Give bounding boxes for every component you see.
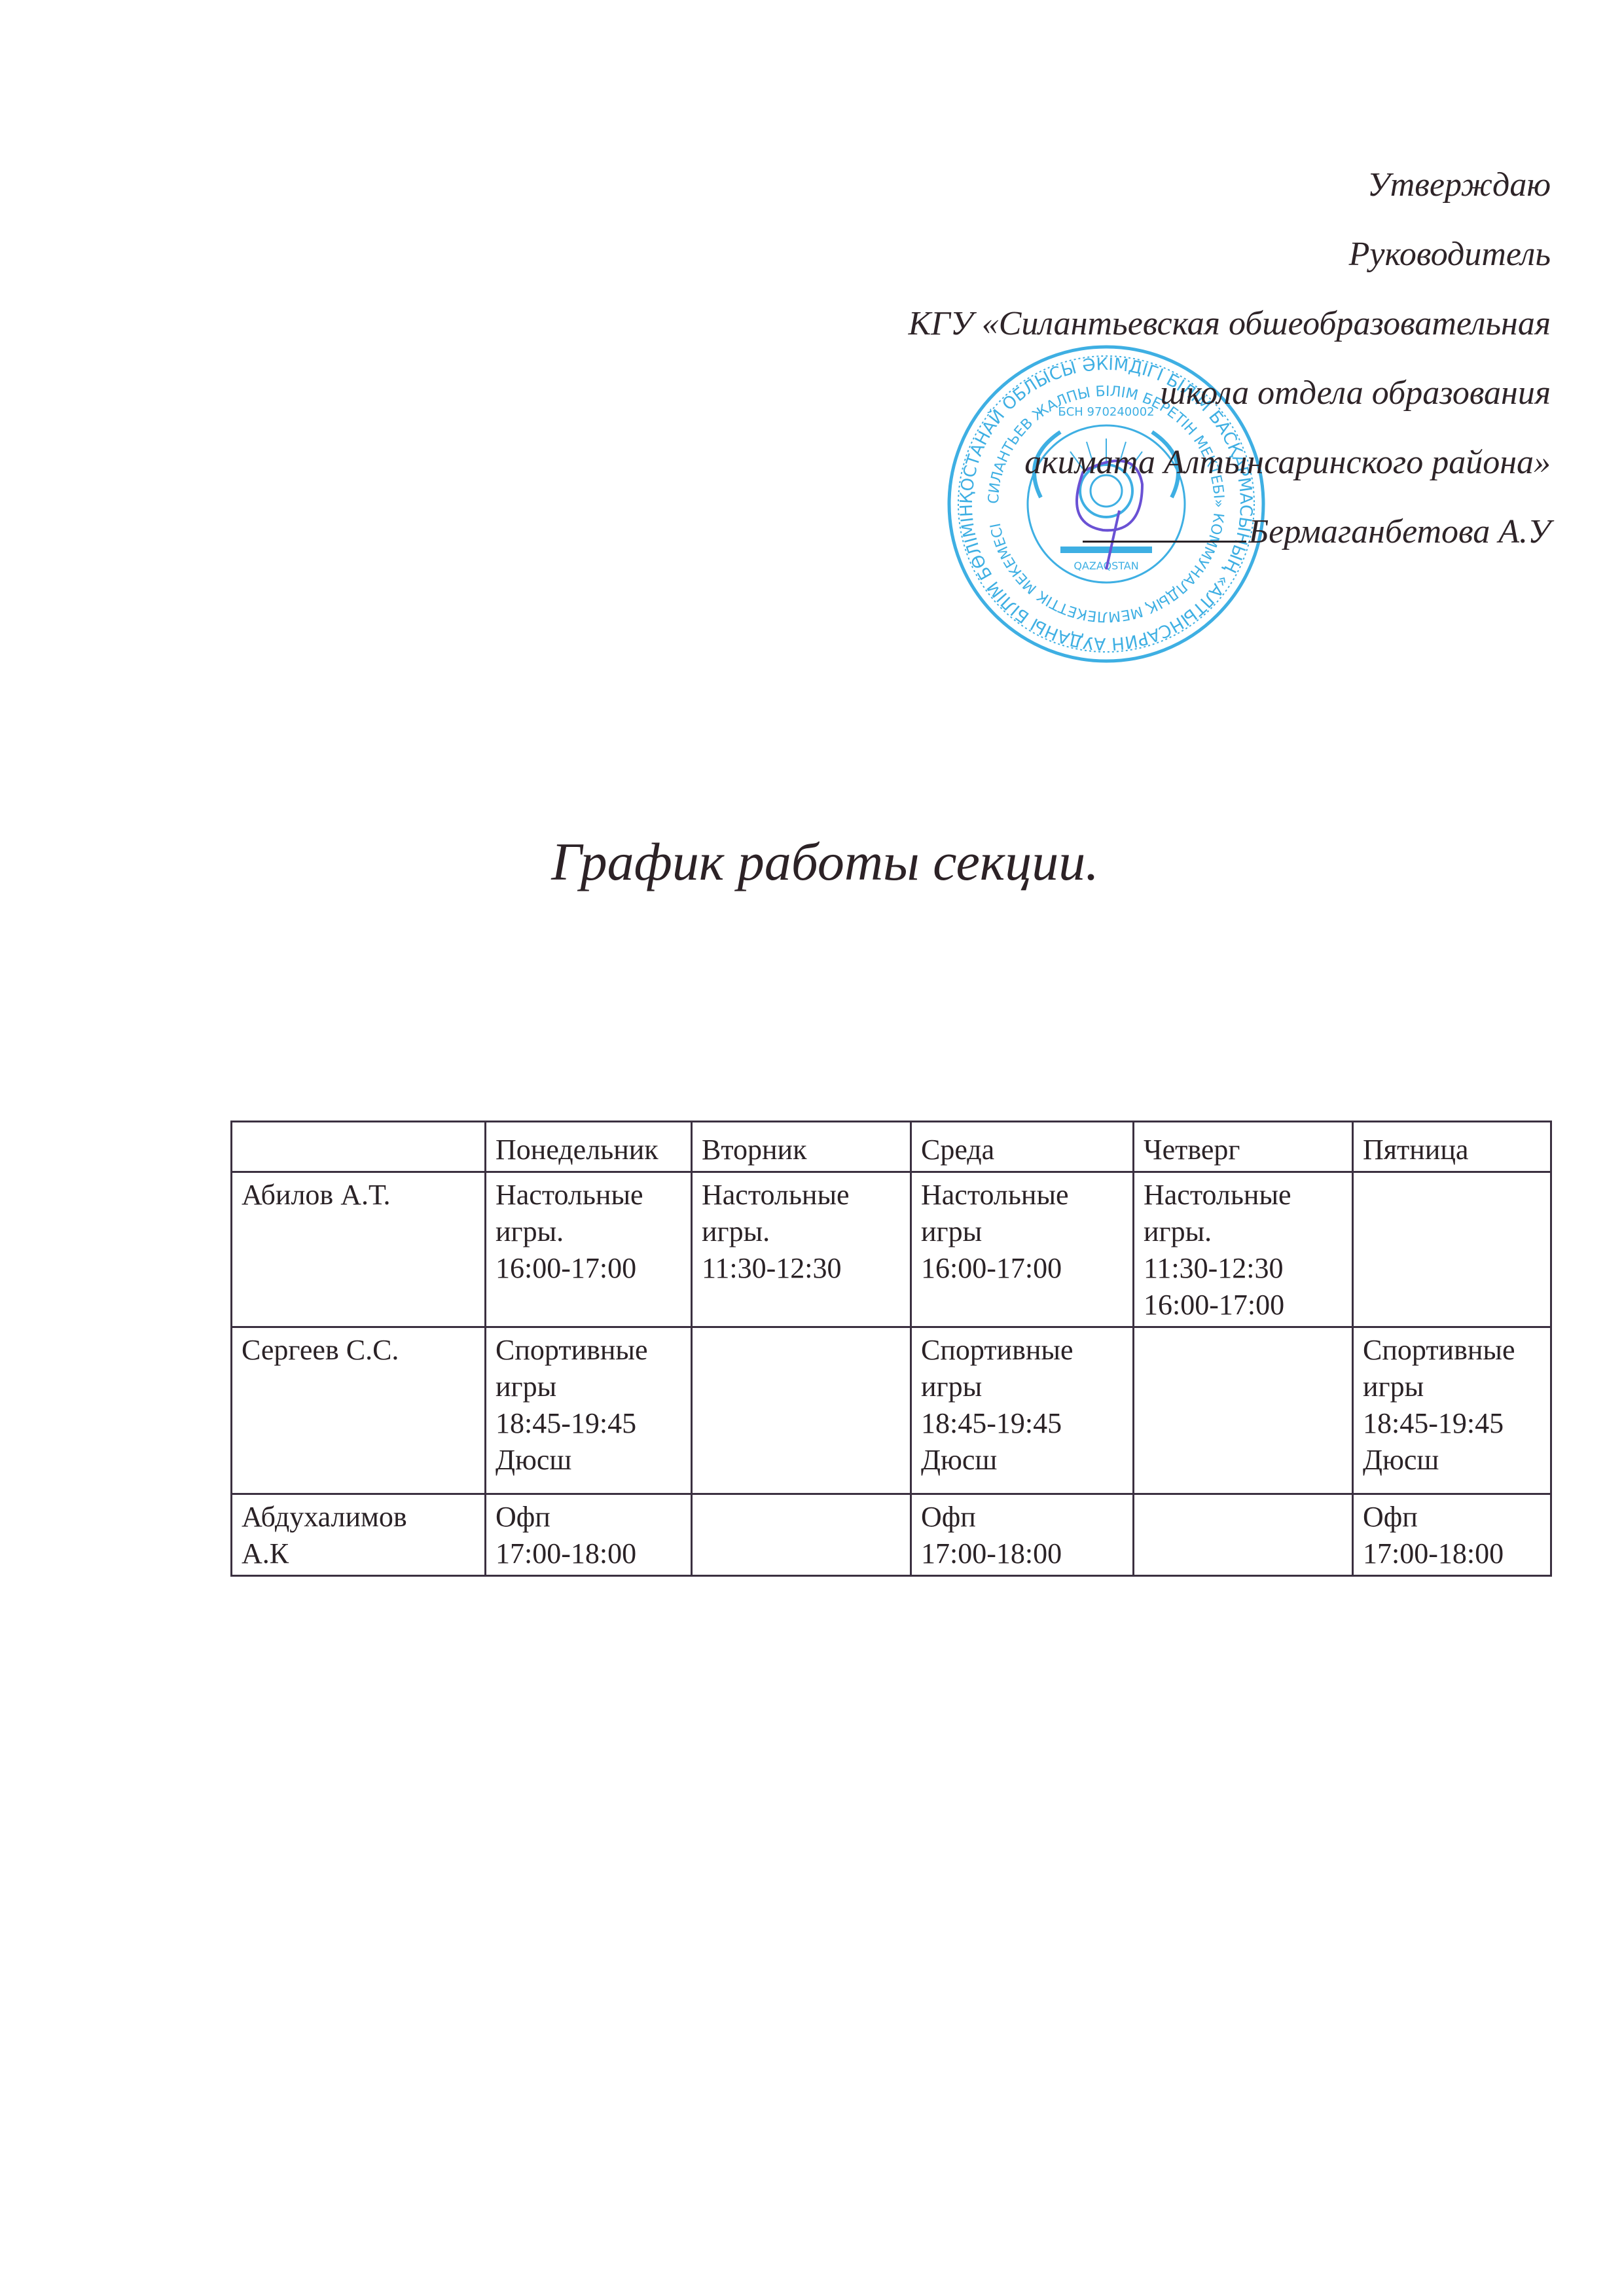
- approval-block: Утверждаю Руководитель КГУ «Силантьевска…: [909, 151, 1551, 567]
- schedule-entry-line: 11:30-12:30: [702, 1250, 901, 1287]
- schedule-entry-line: 18:45-19:45: [921, 1405, 1123, 1442]
- header-cell-day: Вторник: [692, 1122, 911, 1172]
- schedule-entry-line: 17:00-18:00: [496, 1535, 681, 1572]
- approval-org-line3: акимата Алтынсаринского района»: [909, 428, 1551, 497]
- table-row: Абилов А.Т.Настольныеигры.16:00-17:00Нас…: [232, 1172, 1551, 1327]
- teacher-name: Абдухалимов: [242, 1499, 475, 1535]
- header-cell-day: Понедельник: [486, 1122, 692, 1172]
- schedule-cell: Спортивныеигры18:45-19:45Дюсш: [911, 1327, 1134, 1494]
- schedule-cell: [1353, 1172, 1551, 1327]
- teacher-name-cell: Сергеев С.С.: [232, 1327, 486, 1494]
- schedule-entry-line: игры: [496, 1369, 681, 1405]
- header-cell-day: Среда: [911, 1122, 1134, 1172]
- approval-approve: Утверждаю: [909, 151, 1551, 220]
- schedule-cell: [1134, 1327, 1353, 1494]
- schedule-cell: Спортивныеигры18:45-19:45Дюсш: [486, 1327, 692, 1494]
- signature-line: [1083, 540, 1246, 543]
- schedule-cell: Офп17:00-18:00: [1353, 1494, 1551, 1576]
- schedule-cell: Настольныеигры.11:30-12:3016:00-17:00: [1134, 1172, 1353, 1327]
- schedule-entry-line: Офп: [1363, 1499, 1541, 1535]
- schedule-entry-line: 17:00-18:00: [921, 1535, 1123, 1572]
- schedule-entry-line: Спортивные: [1363, 1332, 1541, 1369]
- schedule-cell: [1134, 1494, 1353, 1576]
- schedule-cell: Настольныеигры16:00-17:00: [911, 1172, 1134, 1327]
- teacher-name-cell: Абилов А.Т.: [232, 1172, 486, 1327]
- table-row: Сергеев С.С.Спортивныеигры18:45-19:45Дюс…: [232, 1327, 1551, 1494]
- teacher-name-cell: АбдухалимовА.К: [232, 1494, 486, 1576]
- document-title: График работы секции.: [0, 831, 1624, 893]
- schedule-entry-line: игры.: [496, 1213, 681, 1250]
- schedule-entry-line: игры.: [702, 1213, 901, 1250]
- schedule-entry-line: Дюсш: [921, 1442, 1123, 1479]
- approval-signature-row: Бермаганбетова А.У: [909, 497, 1551, 567]
- teacher-name: Абилов А.Т.: [242, 1177, 475, 1213]
- schedule-entry-line: Офп: [496, 1499, 681, 1535]
- schedule-entry-line: игры: [921, 1369, 1123, 1405]
- schedule-entry-line: Настольные: [921, 1177, 1123, 1213]
- schedule-cell: Офп17:00-18:00: [486, 1494, 692, 1576]
- header-cell-empty: [232, 1122, 486, 1172]
- schedule-table: ПонедельникВторникСредаЧетвергПятница Аб…: [230, 1121, 1552, 1577]
- schedule-cell: [692, 1494, 911, 1576]
- schedule-entry-line: 18:45-19:45: [1363, 1405, 1541, 1442]
- approval-org-line2: школа отдела образования: [909, 359, 1551, 428]
- schedule-entry-line: Спортивные: [496, 1332, 681, 1369]
- approval-org-line1: КГУ «Силантьевская обшеобразовательная: [909, 289, 1551, 359]
- schedule-entry-line: Офп: [921, 1499, 1123, 1535]
- schedule-entry-line: игры.: [1144, 1213, 1343, 1250]
- schedule-cell: Настольныеигры.16:00-17:00: [486, 1172, 692, 1327]
- schedule-cell: [692, 1327, 911, 1494]
- schedule-entry-line: 16:00-17:00: [921, 1250, 1123, 1287]
- schedule-entry-line: 18:45-19:45: [496, 1405, 681, 1442]
- schedule-entry-line: Дюсш: [496, 1442, 681, 1479]
- approval-signatory: Бермаганбетова А.У: [1249, 513, 1551, 550]
- schedule-entry-line: игры: [1363, 1369, 1541, 1405]
- approval-position: Руководитель: [909, 220, 1551, 289]
- schedule-cell: Настольныеигры.11:30-12:30: [692, 1172, 911, 1327]
- schedule-entry-line: Настольные: [496, 1177, 681, 1213]
- schedule-entry-line: 11:30-12:30: [1144, 1250, 1343, 1287]
- schedule-entry-line: Настольные: [702, 1177, 901, 1213]
- schedule-cell: Спортивныеигры18:45-19:45Дюсш: [1353, 1327, 1551, 1494]
- schedule-entry-line: Настольные: [1144, 1177, 1343, 1213]
- schedule-cell: Офп17:00-18:00: [911, 1494, 1134, 1576]
- schedule-entry-line: 16:00-17:00: [496, 1250, 681, 1287]
- table-header-row: ПонедельникВторникСредаЧетвергПятница: [232, 1122, 1551, 1172]
- teacher-name: Сергеев С.С.: [242, 1332, 475, 1369]
- teacher-name: А.К: [242, 1535, 475, 1572]
- schedule-entry-line: Дюсш: [1363, 1442, 1541, 1479]
- header-cell-day: Четверг: [1134, 1122, 1353, 1172]
- schedule-entry-line: Спортивные: [921, 1332, 1123, 1369]
- schedule-entry-line: 16:00-17:00: [1144, 1287, 1343, 1323]
- table-row: АбдухалимовА.КОфп17:00-18:00Офп17:00-18:…: [232, 1494, 1551, 1576]
- schedule-entry-line: игры: [921, 1213, 1123, 1250]
- header-cell-day: Пятница: [1353, 1122, 1551, 1172]
- schedule-entry-line: 17:00-18:00: [1363, 1535, 1541, 1572]
